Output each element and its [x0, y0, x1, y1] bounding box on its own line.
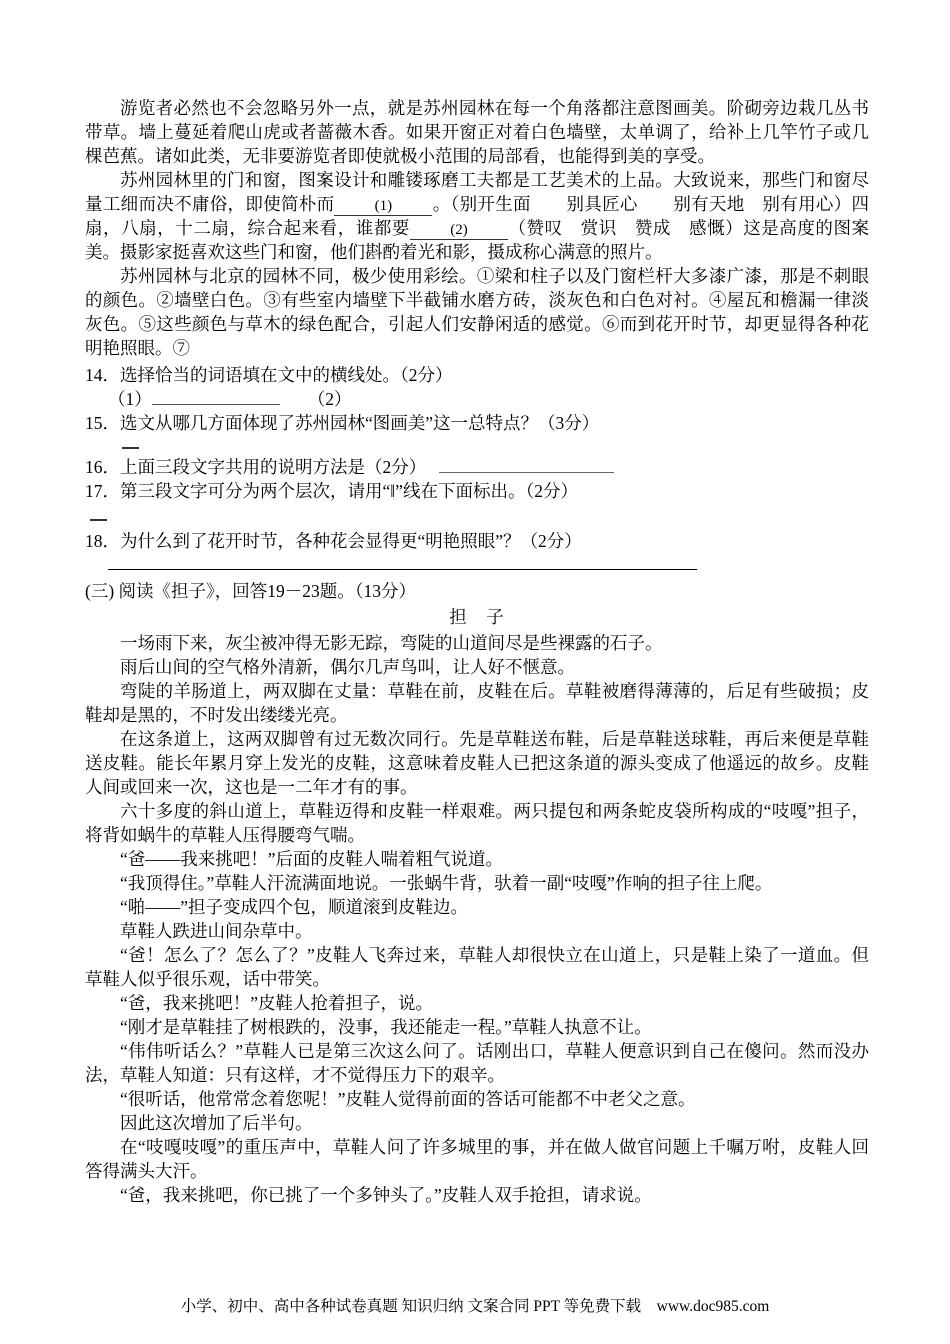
story-paragraph: 雨后山间的空气格外清新，偶尔几声鸟叫，让人好不惬意。: [85, 655, 869, 679]
story-paragraph: 一场雨下来，灰尘被冲得无影无踪，弯陡的山道间尽是些裸露的石子。: [85, 631, 869, 655]
story-paragraph: 在这条道上，这两双脚曾有过无数次同行。先是草鞋送布鞋，后是草鞋送球鞋，再后来便是…: [85, 727, 869, 799]
story-paragraph: “刚才是草鞋挂了树根跌的，没事，我还能走一程。”草鞋人执意不让。: [85, 1015, 869, 1039]
blank-1-label: (1): [375, 198, 393, 214]
story-paragraph: “啪——”担子变成四个包，顺道滚到皮鞋边。: [85, 895, 869, 919]
question-16-text: 16．上面三段文字共用的说明方法是（2分）: [85, 457, 426, 477]
q15-answer-stub-line[interactable]: [122, 447, 139, 449]
question-14-answer-row: （1）（2）: [85, 387, 869, 411]
reading-section-header: (三) 阅读《担子》，回答19－23题。（13分）: [85, 579, 869, 603]
question-14: 14．选择恰当的词语填在文中的横线处。（2分）: [85, 363, 869, 387]
q14-blank-2-label: （2）: [308, 389, 352, 409]
fill-in-blank-2[interactable]: (2): [410, 221, 508, 240]
q17-answer-stub-line[interactable]: [90, 519, 107, 521]
q16-answer-line[interactable]: [439, 458, 614, 473]
story-body: 一场雨下来，灰尘被冲得无影无踪，弯陡的山道间尽是些裸露的石子。雨后山间的空气格外…: [85, 631, 869, 1207]
footer-watermark: 小学、初中、高中各种试卷真题 知识归纳 文案合同 PPT 等免费下载 www.d…: [0, 1294, 950, 1316]
garden-paragraph-picture-beauty: 游览者必然也不会忽略另外一点，就是苏州园林在每一个角落都注意图画美。阶砌旁边栽几…: [85, 96, 869, 168]
story-paragraph: “爸，我来挑吧，你已挑了一个多钟头了。”皮鞋人双手抢担，请求说。: [85, 1183, 869, 1207]
story-paragraph: “我顶得住。”草鞋人汗流满面地说。一张蜗牛背，驮着一副“吱嘎”作响的担子往上爬。: [85, 871, 869, 895]
q14-answer-line-1[interactable]: [152, 390, 280, 405]
story-paragraph: “很听话，他常常念着您呢！”皮鞋人觉得前面的答话可能都不中老父之意。: [85, 1087, 869, 1111]
story-paragraph: 弯陡的羊肠道上，两双脚在丈量：草鞋在前，皮鞋在后。草鞋被磨得薄薄的，后足有些破损…: [85, 679, 869, 727]
story-paragraph: 草鞋人跌进山间杂草中。: [85, 919, 869, 943]
blank-2-label: (2): [450, 222, 468, 238]
story-paragraph: 因此这次增加了后半句。: [85, 1111, 869, 1135]
story-paragraph: “爸——我来挑吧！”后面的皮鞋人喘着粗气说道。: [85, 847, 869, 871]
garden-paragraph-colors: 苏州园林与北京的园林不同，极少使用彩绘。①梁和柱子以及门窗栏杆大多漆广漆，那是不…: [85, 264, 869, 360]
document-body: 游览者必然也不会忽略另外一点，就是苏州园林在每一个角落都注意图画美。阶砌旁边栽几…: [85, 96, 869, 1207]
story-paragraph: “爸！怎么了？怎么了？”皮鞋人飞奔过来，草鞋人却很快立在山道上，只是鞋上染了一道…: [85, 943, 869, 991]
question-17-answer-stub-row: [85, 503, 869, 529]
story-title: 担 子: [85, 605, 869, 629]
story-paragraph: 在“吱嘎吱嘎”的重压声中，草鞋人问了许多城里的事，并在做人做官问题上千嘱万咐，皮…: [85, 1135, 869, 1183]
q18-answer-line[interactable]: [108, 569, 697, 570]
question-15-answer-stub-row: [85, 435, 869, 455]
story-paragraph: 六十多度的斜山道上，草鞋迈得和皮鞋一样艰难。两只提包和两条蛇皮袋所构成的“吱嘎”…: [85, 799, 869, 847]
fill-in-blank-1[interactable]: (1): [334, 197, 432, 216]
story-paragraph: “爸，我来挑吧！”皮鞋人抢着担子，说。: [85, 991, 869, 1015]
exam-document-page: 游览者必然也不会忽略另外一点，就是苏州园林在每一个角落都注意图画美。阶砌旁边栽几…: [0, 0, 950, 1344]
garden-paragraph-doors-windows: 苏州园林里的门和窗，图案设计和雕镂琢磨工夫都是工艺美术的上品。大致说来，那些门和…: [85, 168, 869, 264]
question-18: 18．为什么到了花开时节，各种花会显得更“明艳照眼”？（2分）: [85, 529, 869, 553]
question-18-answer-row: [85, 553, 869, 577]
question-16: 16．上面三段文字共用的说明方法是（2分）: [85, 455, 869, 479]
question-17: 17．第三段文字可分为两个层次，请用“‖”线在下面标出。（2分）: [85, 479, 869, 503]
question-15: 15．选文从哪几方面体现了苏州园林“图画美”这一总特点？（3分）: [85, 411, 869, 435]
story-paragraph: “伟伟听话么？”草鞋人已是第三次这么问了。话刚出口，草鞋人便意识到自己在傻问。然…: [85, 1039, 869, 1087]
q14-blank-1-label: （1）: [108, 389, 152, 409]
